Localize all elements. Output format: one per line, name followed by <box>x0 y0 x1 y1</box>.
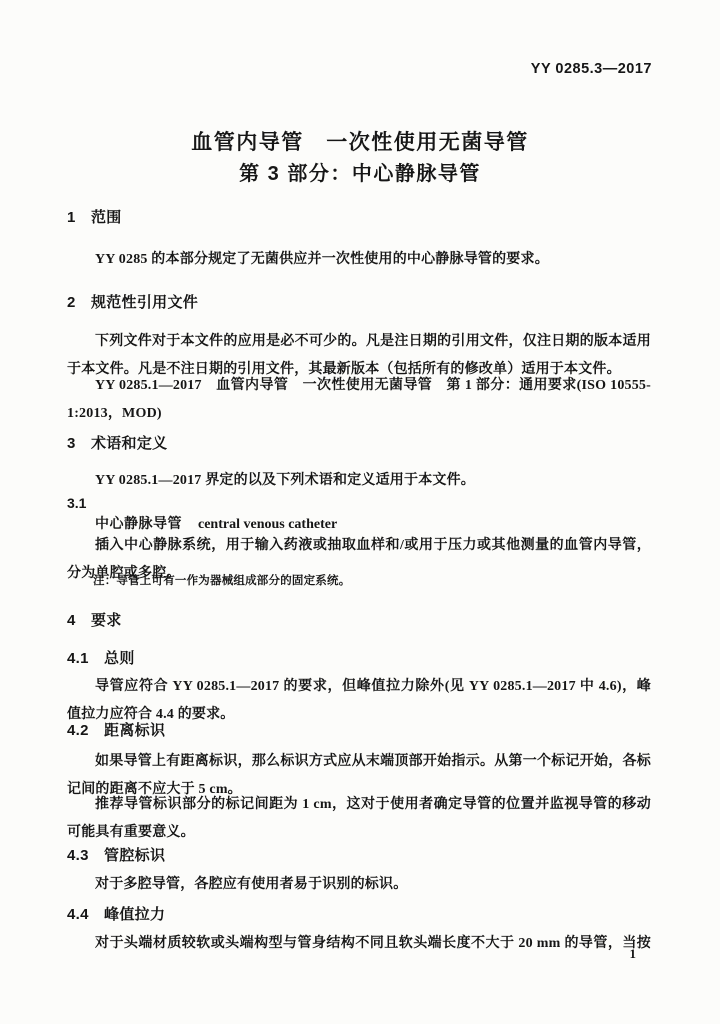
section-3-paragraph: YY 0285.1—2017 界定的以及下列术语和定义适用于本文件。 <box>67 467 651 495</box>
term-line: 中心静脉导管central venous catheter <box>95 513 651 533</box>
section-4-2-heading: 4.2 距离标识 <box>67 719 651 740</box>
section-4-2-paragraph-2: 推荐导管标识部分的标记间距为 1 cm，这对于使用者确定导管的位置并监视导管的移… <box>67 791 651 847</box>
section-4-3-heading: 4.3 管腔标识 <box>67 844 651 865</box>
section-4-heading: 4 要求 <box>67 609 651 630</box>
section-1-paragraph: YY 0285 的本部分规定了无菌供应并一次性使用的中心静脉导管的要求。 <box>67 246 651 274</box>
section-3-heading: 3 术语和定义 <box>67 432 651 453</box>
section-4-4-heading: 4.4 峰值拉力 <box>67 903 651 924</box>
section-4-1-heading: 4.1 总则 <box>67 647 651 668</box>
section-4-3-paragraph: 对于多腔导管，各腔应有使用者易于识别的标识。 <box>67 871 651 899</box>
document-title-line2: 第 3 部分：中心静脉导管 <box>0 157 720 186</box>
document-title-line1: 血管内导管 一次性使用无菌导管 <box>0 126 720 156</box>
section-2-reference-entry: YY 0285.1—2017 血管内导管 一次性使用无菌导管 第 1 部分：通用… <box>67 372 651 428</box>
term-note: 注：导管上可有一作为器械组成部分的固定系统。 <box>93 573 651 589</box>
term-english: central venous catheter <box>198 517 337 532</box>
document-page: YY 0285.3—2017 血管内导管 一次性使用无菌导管 第 3 部分：中心… <box>0 0 720 1024</box>
standard-code: YY 0285.3—2017 <box>531 61 652 77</box>
term-number: 3.1 <box>67 495 651 511</box>
section-2-heading: 2 规范性引用文件 <box>67 291 651 312</box>
section-4-4-paragraph: 对于头端材质较软或头端构型与管身结构不同且软头端长度不大于 20 mm 的导管，… <box>67 930 651 958</box>
section-1-heading: 1 范围 <box>67 206 651 227</box>
term-chinese: 中心静脉导管 <box>95 515 182 531</box>
page-number: 1 <box>630 946 637 962</box>
